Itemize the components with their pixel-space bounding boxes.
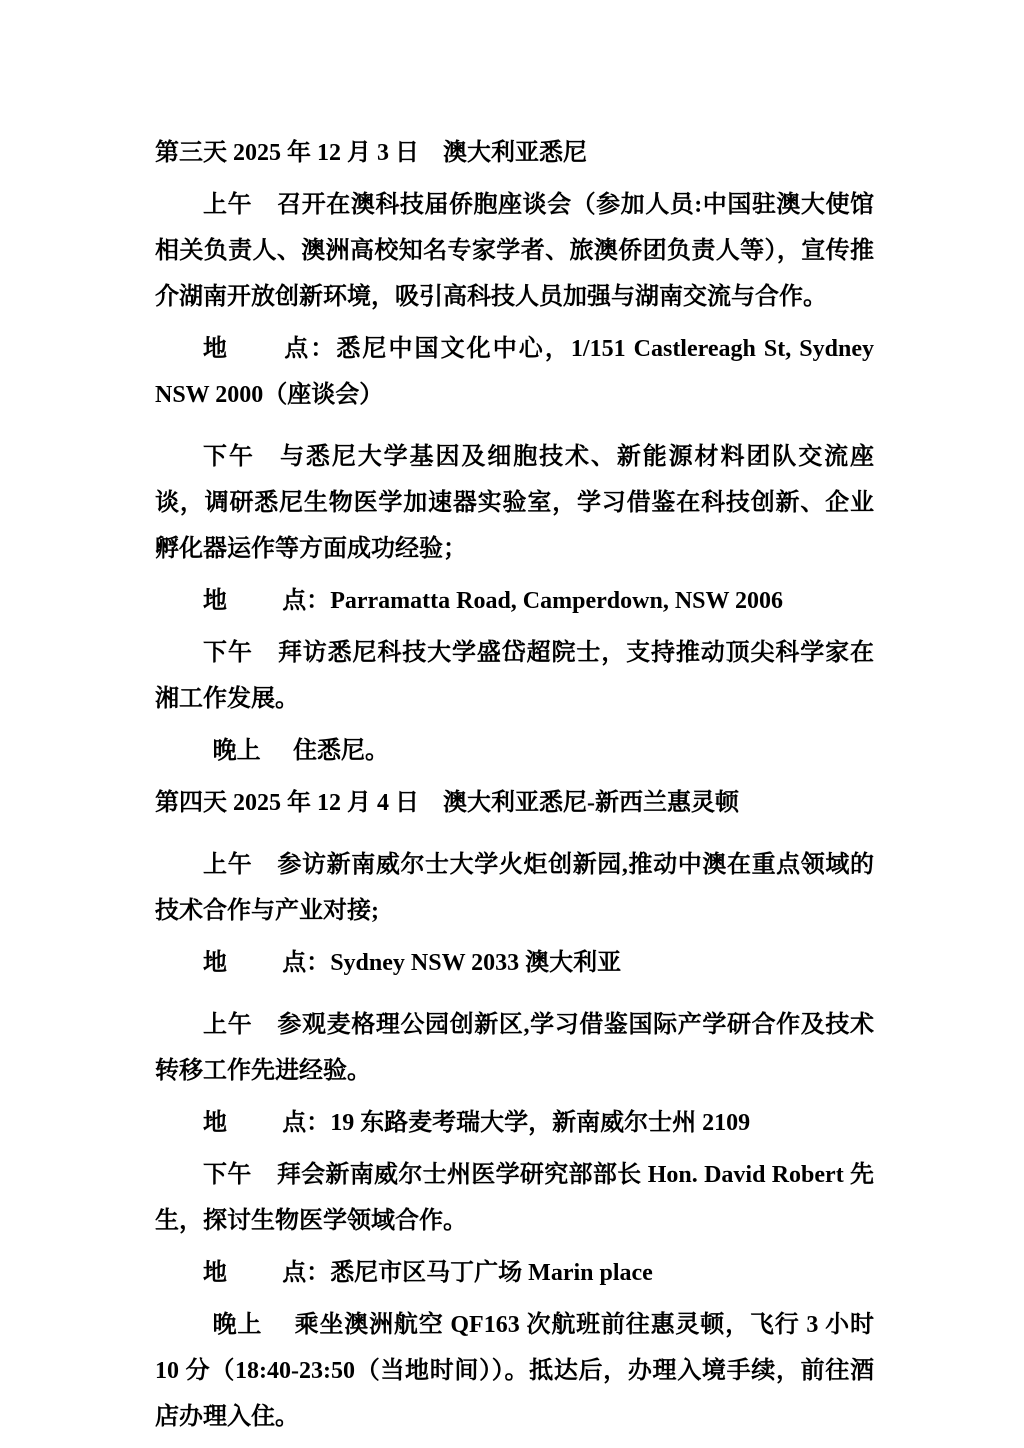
- entry-text: 召开在澳科技届侨胞座谈会（参加人员:中国驻澳大使馆相关负责人、澳洲高校知名专家学…: [155, 192, 874, 310]
- schedule-entry: 晚上乘坐澳洲航空 QF163 次航班前往惠灵顿，飞行 3 小时 10 分（18:…: [155, 1302, 874, 1440]
- time-label: 晚上: [213, 738, 261, 764]
- day-heading-text: 第三天 2025 年 12 月 3 日 澳大利亚悉尼: [155, 140, 587, 166]
- entry-text: 参访新南威尔士大学火炬创新园,推动中澳在重点领域的技术合作与产业对接;: [155, 852, 874, 924]
- time-label: 晚上: [213, 1312, 263, 1338]
- entry-text: Sydney NSW 2033 澳大利亚: [330, 950, 621, 976]
- time-label: 下午: [203, 1162, 252, 1188]
- schedule-entry: 地点：悉尼市区马丁广场 Marin place: [155, 1250, 874, 1296]
- location-label-colon: 点：: [282, 950, 330, 976]
- entry-text: 悉尼市区马丁广场 Marin place: [330, 1260, 653, 1286]
- location-label: 地: [203, 336, 229, 362]
- entry-text: 参观麦格理公园创新区,学习借鉴国际产学研合作及技术转移工作先进经验。: [155, 1012, 874, 1084]
- location-label: 地: [203, 950, 227, 976]
- day-heading: 第四天 2025 年 12 月 4 日 澳大利亚悉尼-新西兰惠灵顿: [155, 780, 874, 826]
- document-page: { "page": { "background": "#ffffff", "te…: [0, 0, 1024, 1448]
- day-heading: 第三天 2025 年 12 月 3 日 澳大利亚悉尼: [155, 130, 874, 176]
- schedule-entry: 地点：Sydney NSW 2033 澳大利亚: [155, 940, 874, 986]
- schedule-entry: 上午参观麦格理公园创新区,学习借鉴国际产学研合作及技术转移工作先进经验。: [155, 1002, 874, 1094]
- location-label-colon: 点：: [282, 588, 330, 614]
- schedule-entry: 下午与悉尼大学基因及细胞技术、新能源材料团队交流座谈，调研悉尼生物医学加速器实验…: [155, 434, 874, 572]
- schedule-entry: 地点：悉尼中国文化中心，1/151 Castlereagh St, Sydney…: [155, 326, 874, 418]
- entry-text: 与悉尼大学基因及细胞技术、新能源材料团队交流座谈，调研悉尼生物医学加速器实验室，…: [155, 444, 874, 562]
- location-label-colon: 点：: [284, 336, 336, 362]
- entry-text: 拜会新南威尔士州医学研究部部长 Hon. David Robert 先生，探讨生…: [155, 1162, 874, 1234]
- entry-text: 住悉尼。: [293, 738, 389, 764]
- itinerary-content: 第三天 2025 年 12 月 3 日 澳大利亚悉尼 上午召开在澳科技届侨胞座谈…: [155, 130, 874, 1440]
- schedule-entry: 地点：19 东路麦考瑞大学，新南威尔士州 2109: [155, 1100, 874, 1146]
- schedule-entry: 下午拜会新南威尔士州医学研究部部长 Hon. David Robert 先生，探…: [155, 1152, 874, 1244]
- location-label: 地: [203, 1260, 227, 1286]
- entry-text: 19 东路麦考瑞大学，新南威尔士州 2109: [330, 1110, 750, 1136]
- location-label-colon: 点：: [282, 1260, 330, 1286]
- entry-text: Parramatta Road, Camperdown, NSW 2006: [330, 588, 783, 614]
- time-label: 上午: [203, 192, 252, 218]
- schedule-entry: 地点：Parramatta Road, Camperdown, NSW 2006: [155, 578, 874, 624]
- schedule-entry: 下午拜访悉尼科技大学盛岱超院士，支持推动顶尖科学家在湘工作发展。: [155, 630, 874, 722]
- schedule-entry: 上午召开在澳科技届侨胞座谈会（参加人员:中国驻澳大使馆相关负责人、澳洲高校知名专…: [155, 182, 874, 320]
- time-label: 上午: [203, 852, 252, 878]
- location-label: 地: [203, 1110, 227, 1136]
- day-heading-text: 第四天 2025 年 12 月 4 日 澳大利亚悉尼-新西兰惠灵顿: [155, 790, 739, 816]
- time-label: 下午: [203, 640, 253, 666]
- schedule-entry: 晚上住悉尼。: [155, 728, 874, 774]
- time-label: 上午: [203, 1012, 252, 1038]
- time-label: 下午: [203, 444, 255, 470]
- location-label-colon: 点：: [282, 1110, 330, 1136]
- entry-text: 乘坐澳洲航空 QF163 次航班前往惠灵顿，飞行 3 小时 10 分（18:40…: [155, 1312, 874, 1430]
- entry-text: 拜访悉尼科技大学盛岱超院士，支持推动顶尖科学家在湘工作发展。: [155, 640, 874, 712]
- schedule-entry: 上午参访新南威尔士大学火炬创新园,推动中澳在重点领域的技术合作与产业对接;: [155, 842, 874, 934]
- location-label: 地: [203, 588, 227, 614]
- entry-text: 悉尼中国文化中心，1/151 Castlereagh St, Sydney NS…: [155, 336, 874, 408]
